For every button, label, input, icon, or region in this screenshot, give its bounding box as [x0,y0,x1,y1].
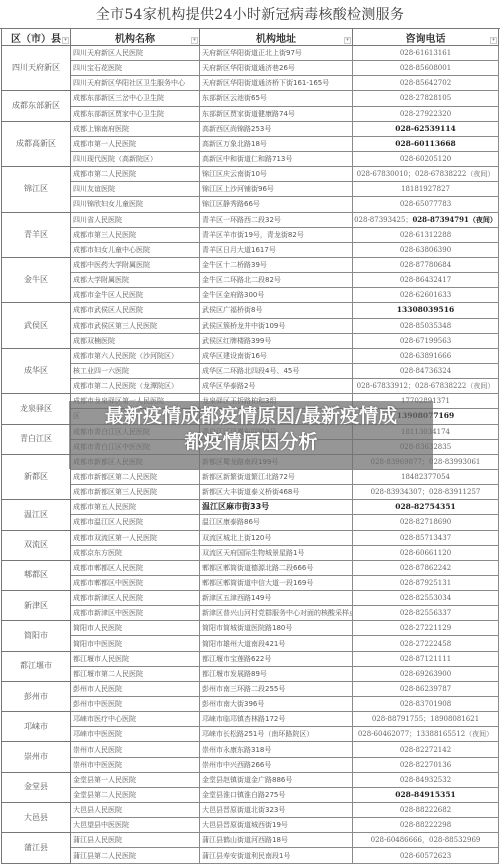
phone-cell: 028-60661120 [353,545,499,560]
spreadsheet-image: 全市54家机构提供24小时新冠病毒核酸检测服务 区（市）县▾ 机构名称▾ 机构地… [0,0,500,867]
table-row: 成都市妇女儿童中心医院青羊区日月大道1617号028-63806390 [2,242,499,257]
table-row: 成都双楠医院武侯区红牌楼路399号028-67199563 [2,333,499,348]
phone-cell: 13308039516 [353,303,499,318]
address-cell: 崇州市永康东路318号 [200,742,353,757]
institution-name-cell: 蒲江县人民医院 [71,833,200,848]
address-cell: 天府新区华阳街道正北上街97号 [200,46,353,61]
institution-name-cell: 四川宝石花医院 [71,61,200,76]
table-row: 成都市新津区中医医院新津区普兴山河村党群服务中心对面的核酸采样点028-8255… [2,606,499,621]
headline-line-2: 都疫情原因分析 [69,429,433,455]
address-cell: 青羊区羊市街19号，青龙街82号 [200,227,353,242]
institution-name-cell: 金堂县第二人民医院 [71,787,200,802]
table-row: 四川宝石花医院天府新区华阳街道通济巷26号028-85608001 [2,61,499,76]
phone-cell: 028-87393425；028-87394791（夜间） [353,212,499,227]
phone-cell: 028-60572623 [353,848,499,863]
table-row: 青羊区四川省人民医院青羊区一环路西二段32号028-87393425；028-8… [2,212,499,227]
institution-name-cell: 邛崃市医疗中心医院 [71,712,200,727]
phone-cell: 028-82553034 [353,591,499,606]
institution-name-cell: 成都市武侯区人民医院 [71,303,200,318]
address-cell: 武侯区红牌楼路399号 [200,333,353,348]
institution-name-cell: 崇州市人民医院 [71,742,200,757]
institution-name-cell: 成都市武侯区第三人民医院 [71,318,200,333]
phone-cell: 028-84915351 [353,787,499,802]
phone-cell: 18181927827 [353,182,499,197]
table-row: 四川友谊医院锦江区上沙河铺街96号18181927827 [2,182,499,197]
phone-cell: 028-86239787 [353,681,499,696]
address-cell: 郫都区郫筒街道德源北路二段666号 [200,560,353,575]
district-cell: 青白江区 [2,424,71,454]
address-cell: 天府新区华阳街道通济巷26号 [200,61,353,76]
address-cell: 大邑县晋原街道城西街19号 [200,818,353,833]
institution-name-cell: 成都市温江区人民医院 [71,515,200,530]
phone-cell: 028-62601633 [353,288,499,303]
table-row: 大邑望县中医医院大邑县晋原街道城西街19号028-88222298 [2,818,499,833]
phone-cell: 028-86432417 [353,273,499,288]
district-cell: 邛崃市 [2,712,71,742]
district-cell: 崇州市 [2,742,71,772]
phone-cell: 028-88791755；18908081621 [353,712,499,727]
institution-name-cell: 四川锦欣妇女儿童医院 [71,197,200,212]
address-cell: 高新区万象北路18号 [200,136,353,151]
address-cell: 邛崃市临邛镇杏林路172号 [200,712,353,727]
table-row: 成都市新都区第三人民医院新都区大丰街道泰义桥街468号028-83934307；… [2,485,499,500]
phone-cell: 028-60113668 [353,136,499,151]
page-title: 全市54家机构提供24小时新冠病毒核酸检测服务 [0,0,500,29]
phone-cell: 028-27922320 [353,106,499,121]
table-row: 温江区成都市第五人民医院温江区麻市街33号028-82754351 [2,500,499,515]
district-cell: 金牛区 [2,257,71,302]
phone-cell: 028-82556337 [353,606,499,621]
institution-name-cell: 成都市第一人民医院 [71,136,200,151]
institution-name-cell: 四川天府新区华阳社区卫生服务中心 [71,76,200,91]
address-cell: 成华区建设南街16号 [200,348,353,363]
address-cell: 温江区麻市街33号 [200,500,353,515]
table-row: 都江堰市都江堰市人民医院都江堰市宝莲路622号028-87121111 [2,651,499,666]
phone-cell: 028-85608001 [353,61,499,76]
column-header-district[interactable]: 区（市）县▾ [2,29,71,46]
institution-name-cell: 崇州市中医医院 [71,757,200,772]
district-cell: 大邑县 [2,803,71,833]
address-cell: 东部新区贾家街道健康路74号 [200,106,353,121]
institution-name-cell: 成都市新津区中医医院 [71,606,200,621]
table-row: 简阳市中医医院简阳市雄州大道南段421号028-27222458 [2,636,499,651]
address-cell: 成华区华泰路2号 [200,379,353,394]
phone-cell: 028-87121111 [353,651,499,666]
institution-name-cell: 简阳市中医医院 [71,636,200,651]
address-cell: 高新区中和街道仁和路713号 [200,151,353,166]
table-row: 简阳市简阳市人民医院简阳市简城街道医院路180号028-27221129 [2,621,499,636]
district-cell: 简阳市 [2,621,71,651]
table-row: 四川现代医院（高新院区）高新区中和街道仁和路713号028-60205120 [2,151,499,166]
phone-cell: 028-60205120 [353,151,499,166]
phone-cell: 028-85713437 [353,530,499,545]
table-row: 武侯区成都市武侯区人民医院武侯区广福桥街8号13308039516 [2,303,499,318]
phone-cell: 028-60462077；13388165512（夜间） [353,727,499,742]
institution-name-cell: 金堂县第一人民医院 [71,772,200,787]
address-cell: 双流区城北上街120号 [200,530,353,545]
institution-name-cell: 成都市第六人民医院（沙河院区） [71,348,200,363]
institution-name-cell: 成都市第二人民医院（龙潭院区） [71,379,200,394]
filter-dropdown-icon[interactable]: ▾ [344,37,351,44]
headline-overlay: 最新疫情成都疫情原因/最新疫情成 都疫情原因分析 [69,403,433,455]
institution-name-cell: 成都市第二人民医院 [71,167,200,182]
table-row: 成都市武侯区第三人民医院武侯区簇桥龙井中街109号028-85035348 [2,318,499,333]
table-row: 成都大学附属医院金牛区二环路北二段82号028-86432417 [2,273,499,288]
table-row: 四川天府新区四川天府新区人民医院天府新区华阳街道正北上街97号028-61613… [2,46,499,61]
address-cell: 金牛区二环路北二段82号 [200,273,353,288]
institution-name-cell: 成都市新都区第二人民医院 [71,469,200,484]
address-cell: 邛崃市长松路251号（南环路院区） [200,727,353,742]
district-cell: 新都区 [2,454,71,499]
table-row: 成都市第二人民医院（龙潭院区）成华区华泰路2号028-67833912；028-… [2,379,499,394]
table-row: 成都市金牛区人民医院金牛区金府路300号028-62601633 [2,288,499,303]
institution-name-cell: 四川天府新区人民医院 [71,46,200,61]
address-cell: 新津区普兴山河村党群服务中心对面的核酸采样点 [200,606,353,621]
phone-cell: 028-63891666 [353,348,499,363]
header-row: 区（市）县▾ 机构名称▾ 机构地址▾ 咨询电话▾ [2,29,499,46]
address-cell: 双流区天府国际生物城景星路1号 [200,545,353,560]
address-cell: 温江区康泰路86号 [200,515,353,530]
phone-cell: 028-87862242 [353,560,499,575]
phone-cell: 028-67833912；028-67838222（夜间） [353,379,499,394]
address-cell: 简阳市雄州大道南段421号 [200,636,353,651]
table-row: 蒲江县蒲江县人民医院蒲江县鹤山街道河西路18号028-60486666，028-… [2,833,499,848]
table-row: 邛崃市邛崃市医疗中心医院邛崃市临邛镇杏林路172号028-88791755；18… [2,712,499,727]
address-cell: 郫都区郫筒街道中信大道一段169号 [200,575,353,590]
filter-dropdown-icon[interactable]: ▾ [191,37,198,44]
institution-name-cell: 成都京东方医院 [71,545,200,560]
phone-cell: 028-61613161 [353,46,499,61]
phone-cell: 028-63806390 [353,242,499,257]
phone-cell: 028-87780684 [353,257,499,272]
institution-name-cell: 成都东部新区贾家中心卫生院 [71,106,200,121]
table-row: 崇州市崇州市人民医院崇州市永康东路318号028-82272142 [2,742,499,757]
institution-name-cell: 成都市新都区第三人民医院 [71,485,200,500]
institution-name-cell: 成都市金牛区人民医院 [71,288,200,303]
table-row: 四川天府新区华阳社区卫生服务中心天府新区华阳街道通济桥下街161-165号028… [2,76,499,91]
phone-cell: 028-85035348 [353,318,499,333]
table-row: 邛崃市中医医院邛崃市长松路251号（南环路院区）028-60462077；133… [2,727,499,742]
institution-name-cell: 成都上锦南府医院 [71,121,200,136]
address-cell: 青羊区日月大道1617号 [200,242,353,257]
phone-night: 028-87394791（夜间） [412,215,496,224]
table-row: 都江堰市第二人民医院都江堰市发展路89号028-69263900 [2,666,499,681]
table-row: 金堂县金堂县第一人民医院金堂县赵镇街道金广路886号028-84932532 [2,772,499,787]
phone-cell: 028-88222682 [353,803,499,818]
institution-name-cell: 四川友谊医院 [71,182,200,197]
address-cell: 金堂县赵镇街道金广路886号 [200,772,353,787]
table-row: 大邑县大邑县人民医院大邑县晋原街道北街323号028-88222682 [2,803,499,818]
district-cell: 青羊区 [2,212,71,257]
phone-cell: 028-88222298 [353,818,499,833]
district-cell: 都江堰市 [2,651,71,681]
filter-dropdown-icon[interactable]: ▾ [62,37,69,44]
address-cell: 新津区五津西路149号 [200,591,353,606]
institution-name-cell: 成都双楠医院 [71,333,200,348]
table-row: 成都市第三人民医院青羊区羊市街19号，青龙街82号028-61312288 [2,227,499,242]
phone-cell: 028-65077783 [353,197,499,212]
address-cell: 崇州市中兴西路266号 [200,757,353,772]
institution-name-cell: 简阳市人民医院 [71,621,200,636]
institution-name-cell: 四川现代医院（高新院区） [71,151,200,166]
phone-cell: 028-83934307；028-83911257 [353,485,499,500]
phone-cell: 028-62539114 [353,121,499,136]
institution-name-cell: 四川省人民医院 [71,212,200,227]
district-cell: 郫都区 [2,560,71,590]
address-cell: 金堂县淮口镇淮白路275号 [200,787,353,802]
phone-cell: 028-83701908 [353,697,499,712]
district-cell: 成华区 [2,348,71,393]
table-row: 蒲江县第二人民医院蒲江县寿安街道利民南段1号028-60572623 [2,848,499,863]
table-row: 成都市郫都区中医医院郫都区郫筒街道中信大道一段169号028-87925131 [2,575,499,590]
district-cell: 四川天府新区 [2,46,71,91]
address-cell: 新都区大丰街道泰义桥街468号 [200,485,353,500]
phone-daytime: 028-87393425； [354,216,412,224]
table-row: 核工业四一六医院成华区二环路北四段4号、45号028-84736324 [2,363,499,378]
phone-cell: 028-69263900 [353,666,499,681]
phone-cell: 028-84736324 [353,363,499,378]
institution-name-cell: 成都市郫都区人民医院 [71,560,200,575]
column-header-name[interactable]: 机构名称▾ [71,29,200,46]
address-cell: 蒲江县鹤山街道河西路18号 [200,833,353,848]
phone-cell: 028-82754351 [353,500,499,515]
phone-cell: 028-61312288 [353,227,499,242]
district-cell: 双流区 [2,530,71,560]
address-cell: 金牛区金府路300号 [200,288,353,303]
phone-cell: 028-27222458 [353,636,499,651]
table-row: 金牛区成都中医药大学附属医院金牛区十二桥路39号028-87780684 [2,257,499,272]
table-row: 新津区成都市新津区人民医院新津区五津西路149号028-82553034 [2,591,499,606]
phone-cell: 028-82272142 [353,742,499,757]
institution-name-cell: 成都市双流区第一人民医院 [71,530,200,545]
institution-name-cell: 成都市妇女儿童中心医院 [71,242,200,257]
address-cell: 新都区新繁街道繁江北路72号 [200,469,353,484]
address-cell: 彭州市南三环路二段255号 [200,681,353,696]
column-header-phone[interactable]: 咨询电话▾ [353,29,499,46]
table-row: 成华区成都市第六人民医院（沙河院区）成华区建设南街16号028-63891666 [2,348,499,363]
phone-cell: 028-67830010；028-67838222（夜间） [353,167,499,182]
address-cell: 锦江区静秀路66号 [200,197,353,212]
district-cell: 成都东部新区 [2,91,71,121]
address-cell: 武侯区广福桥街8号 [200,303,353,318]
headline-line-1: 最新疫情成都疫情原因/最新疫情成 [69,403,433,429]
institution-name-cell: 成都中医药大学附属医院 [71,257,200,272]
district-cell: 成都高新区 [2,121,71,166]
address-cell: 成华区二环路北四段4号、45号 [200,363,353,378]
table-row: 成都市新都区第二人民医院新都区新繁街道繁江北路72号18482377054 [2,469,499,484]
phone-cell: 18482377054 [353,469,499,484]
phone-cell: 028-84932532 [353,772,499,787]
institution-name-cell: 成都市第五人民医院 [71,500,200,515]
address-cell: 锦江区上沙河铺街96号 [200,182,353,197]
table-row: 郫都区成都市郫都区人民医院郫都区郫筒街道德源北路二段666号028-878622… [2,560,499,575]
address-cell: 青羊区一环路西二段32号 [200,212,353,227]
district-cell: 新津区 [2,591,71,621]
institution-name-cell: 蒲江县第二人民医院 [71,848,200,863]
address-cell: 金牛区十二桥路39号 [200,257,353,272]
institution-name-cell: 成都东部新区三岔中心卫生院 [71,91,200,106]
address-cell: 高新西区尚锦路253号 [200,121,353,136]
address-cell: 锦江区庆云南街10号 [200,167,353,182]
institution-name-cell: 彭州市人民医院 [71,681,200,696]
institution-name-cell: 都江堰市人民医院 [71,651,200,666]
address-cell: 天府新区华阳街道通济桥下街161-165号 [200,76,353,91]
table-row: 成都市第一人民医院高新区万象北路18号028-60113668 [2,136,499,151]
district-cell: 蒲江县 [2,833,71,863]
table-row: 崇州市中医医院崇州市中兴西路266号028-82270136 [2,757,499,772]
table-row: 锦江区成都市第二人民医院锦江区庆云南街10号028-67830010；028-6… [2,167,499,182]
institution-name-cell: 都江堰市第二人民医院 [71,666,200,681]
phone-cell: 028-67199563 [353,333,499,348]
table-row: 四川锦欣妇女儿童医院锦江区静秀路66号028-65077783 [2,197,499,212]
address-cell: 简阳市简城街道医院路180号 [200,621,353,636]
address-cell: 蒲江县寿安街道利民南段1号 [200,848,353,863]
district-cell: 彭州市 [2,681,71,711]
district-cell: 龙泉驿区 [2,394,71,424]
table-row: 成都东部新区贾家中心卫生院东部新区贾家街道健康路74号028-27922320 [2,106,499,121]
institution-name-cell: 邛崃市中医医院 [71,727,200,742]
address-cell: 东部新区云池街65号 [200,91,353,106]
institution-name-cell: 成都市郫都区中医医院 [71,575,200,590]
institution-name-cell: 成都大学附属医院 [71,273,200,288]
district-cell: 武侯区 [2,303,71,348]
table-row: 金堂县第二人民医院金堂县淮口镇淮白路275号028-84915351 [2,787,499,802]
phone-cell: 028-87925131 [353,575,499,590]
table-row: 彭州市彭州市人民医院彭州市南三环路二段255号028-86239787 [2,681,499,696]
table-row: 彭州市中医医院彭州市南大街396号028-83701908 [2,697,499,712]
district-cell: 金堂县 [2,772,71,802]
table-row: 成都京东方医院双流区天府国际生物城景星路1号028-60661120 [2,545,499,560]
table-row: 成都高新区成都上锦南府医院高新西区尚锦路253号028-62539114 [2,121,499,136]
institution-name-cell: 大邑县人民医院 [71,803,200,818]
column-header-address[interactable]: 机构地址▾ [200,29,353,46]
district-cell: 温江区 [2,500,71,530]
institution-name-cell: 彭州市中医医院 [71,697,200,712]
table-row: 双流区成都市双流区第一人民医院双流区城北上街120号028-85713437 [2,530,499,545]
filter-dropdown-icon[interactable]: ▾ [490,37,497,44]
institution-name-cell: 核工业四一六医院 [71,363,200,378]
table-row: 成都东部新区成都东部新区三岔中心卫生院东部新区云池街65号028-2782810… [2,91,499,106]
address-cell: 都江堰市宝莲路622号 [200,651,353,666]
phone-cell: 028-82270136 [353,757,499,772]
address-cell: 彭州市南大街396号 [200,697,353,712]
phone-cell: 028-27828105 [353,91,499,106]
address-cell: 武侯区簇桥龙井中街109号 [200,318,353,333]
institution-name-cell: 大邑望县中医医院 [71,818,200,833]
address-cell: 大邑县晋原街道北街323号 [200,803,353,818]
institution-name-cell: 成都市新津区人民医院 [71,591,200,606]
table-row: 成都市温江区人民医院温江区康泰路86号028-82718690 [2,515,499,530]
phone-cell: 028-85642702 [353,76,499,91]
phone-cell: 028-82718690 [353,515,499,530]
district-cell: 锦江区 [2,167,71,212]
phone-cell: 028-60486666，028-88532969 [353,833,499,848]
phone-cell: 028-27221129 [353,621,499,636]
institution-name-cell: 成都市第三人民医院 [71,227,200,242]
address-cell: 都江堰市发展路89号 [200,666,353,681]
